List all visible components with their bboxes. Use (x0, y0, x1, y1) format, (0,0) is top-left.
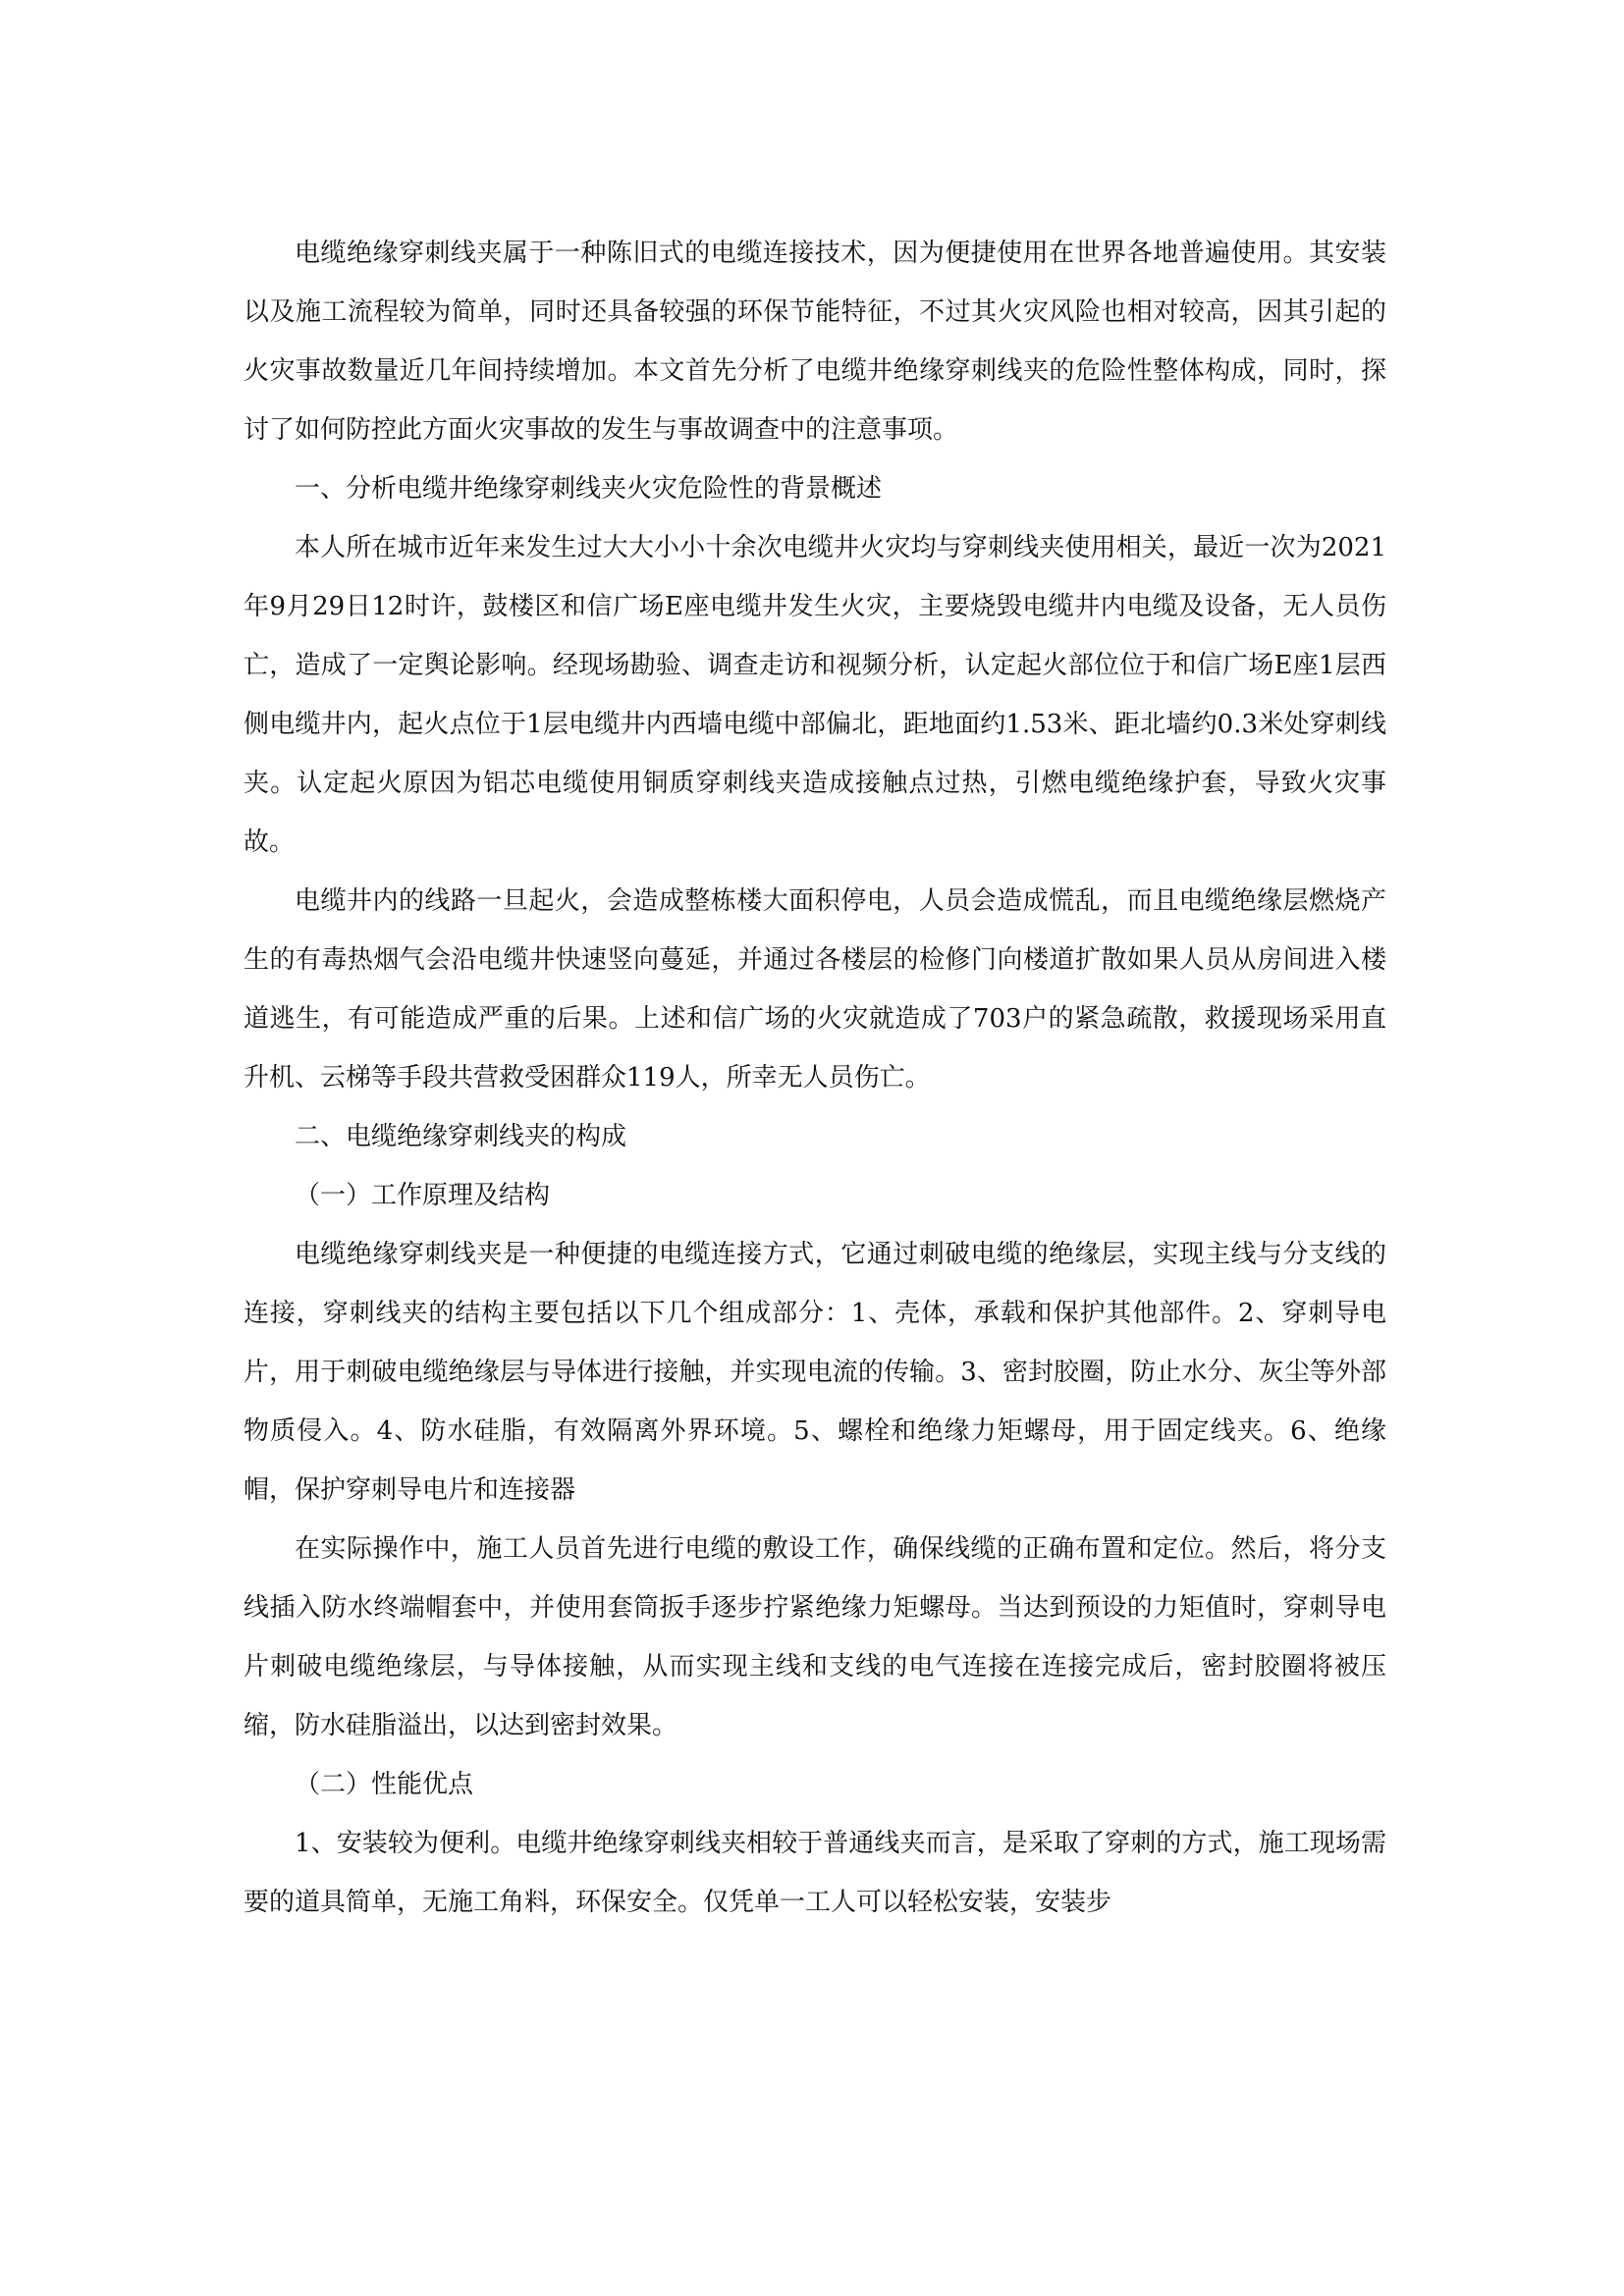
intro-paragraph: 电缆绝缘穿刺线夹属于一种陈旧式的电缆连接技术，因为便捷使用在世界各地普遍使用。其… (244, 224, 1386, 459)
operation-paragraph: 在实际操作中，施工人员首先进行电缆的敷设工作，确保线缆的正确布置和定位。然后，将… (244, 1520, 1386, 1755)
structure-paragraph: 电缆绝缘穿刺线夹是一种便捷的电缆连接方式，它通过刺破电缆的绝缘层，实现主线与分支… (244, 1225, 1386, 1520)
advantage-paragraph-1: 1、安装较为便利。电缆井绝缘穿刺线夹相较于普通线夹而言，是采取了穿刺的方式，施工… (244, 1814, 1386, 1932)
subsection-heading-1: （一）工作原理及结构 (244, 1166, 1386, 1225)
section-heading-2: 二、电缆绝缘穿刺线夹的构成 (244, 1107, 1386, 1166)
section-heading-1: 一、分析电缆井绝缘穿刺线夹火灾危险性的背景概述 (244, 459, 1386, 518)
background-paragraph-1: 本人所在城市近年来发生过大大小小十余次电缆井火灾均与穿刺线夹使用相关，最近一次为… (244, 518, 1386, 872)
document-page: 电缆绝缘穿刺线夹属于一种陈旧式的电缆连接技术，因为便捷使用在世界各地普遍使用。其… (244, 224, 1386, 1932)
subsection-heading-2: （二）性能优点 (244, 1755, 1386, 1814)
background-paragraph-2: 电缆井内的线路一旦起火，会造成整栋楼大面积停电，人员会造成慌乱，而且电缆绝缘层燃… (244, 872, 1386, 1107)
